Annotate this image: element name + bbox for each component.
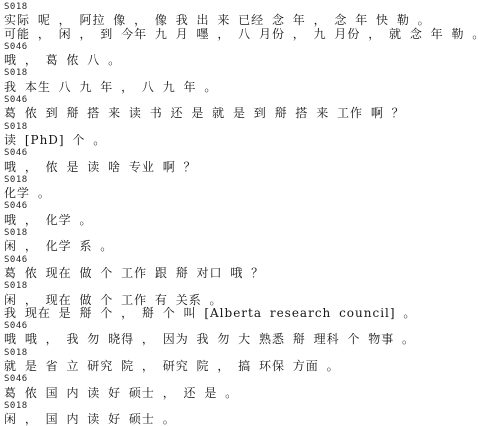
- speaker-label: S018: [4, 121, 478, 134]
- speaker-label: S046: [4, 254, 478, 267]
- utterance-line: 我 现在 是 搿 个 ， 搿 个 叫 [Alberta research cou…: [4, 307, 478, 320]
- utterance-line: 实际 呢 ， 阿拉 像 ， 像 我 出 来 已经 念 年 ， 念 年 快 勒 。: [4, 14, 478, 27]
- utterance-line: 化学 。: [4, 187, 478, 200]
- utterance-line: 我 本生 八 九 年 ， 八 九 年 。: [4, 81, 478, 94]
- utterance-line: 哦 ， 化学 。: [4, 214, 478, 227]
- utterance-line: 可能 ， 闲 ， 到 今年 九 月 嚜 ， 八 月份 ， 九 月份 ， 就 念 …: [4, 28, 478, 41]
- speaker-label: S046: [4, 147, 478, 160]
- utterance-line: 葛 侬 现在 做 个 工作 跟 搿 对口 哦 ？: [4, 267, 478, 280]
- utterance-line: 哦 ， 葛 侬 八 。: [4, 54, 478, 67]
- utterance-line: 闲 ， 国 内 读 好 硕士 。: [4, 413, 478, 426]
- utterance-line: 葛 侬 国 内 读 好 硕士 ， 还 是 。: [4, 387, 478, 400]
- utterance-line: 哦 ， 侬 是 读 啥 专业 啊 ？: [4, 161, 478, 174]
- utterance-line: 闲 ， 现在 做 个 工作 有 关系 。: [4, 294, 478, 307]
- transcript-body: S018实际 呢 ， 阿拉 像 ， 像 我 出 来 已经 念 年 ， 念 年 快…: [4, 1, 478, 426]
- speaker-label: S018: [4, 67, 478, 80]
- transcript-document: S018实际 呢 ， 阿拉 像 ， 像 我 出 来 已经 念 年 ， 念 年 快…: [0, 0, 478, 426]
- speaker-label: S046: [4, 373, 478, 386]
- speaker-label: S046: [4, 200, 478, 213]
- utterance-line: 葛 侬 到 搿 搭 来 读 书 还 是 就 是 到 搿 搭 来 工作 啊 ？: [4, 107, 478, 120]
- speaker-label: S018: [4, 174, 478, 187]
- utterance-line: 闲 ， 化学 系 。: [4, 240, 478, 253]
- utterance-line: 哦 哦 ， 我 勿 晓得 ， 因为 我 勿 大 熟悉 搿 理科 个 物事 。: [4, 333, 478, 346]
- utterance-line: 就 是 省 立 研究 院 ， 研究 院 ， 搞 环保 方面 。: [4, 360, 478, 373]
- speaker-label: S018: [4, 280, 478, 293]
- utterance-line: 读 [PhD] 个 。: [4, 134, 478, 147]
